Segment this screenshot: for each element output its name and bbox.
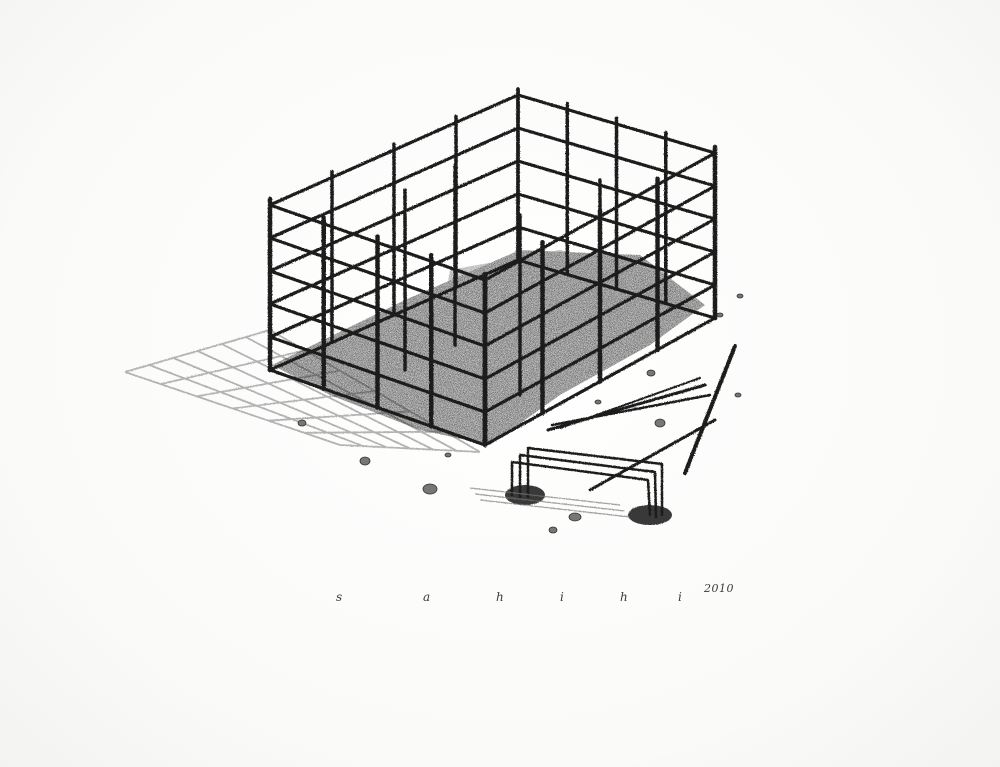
signature-year: 2010 [704,582,734,595]
signature-letter: s [336,590,342,604]
signature-letter: i [678,590,682,604]
signature-letter: h [496,590,504,604]
artist-signature: s a h i h i 2010 [336,578,756,608]
signature-letter: i [560,590,564,604]
signature-letter: a [423,590,430,604]
drawing-canvas: s a h i h i 2010 [0,0,1000,767]
signature-letter: h [620,590,628,604]
rebar-cage-drawing [0,0,1000,767]
